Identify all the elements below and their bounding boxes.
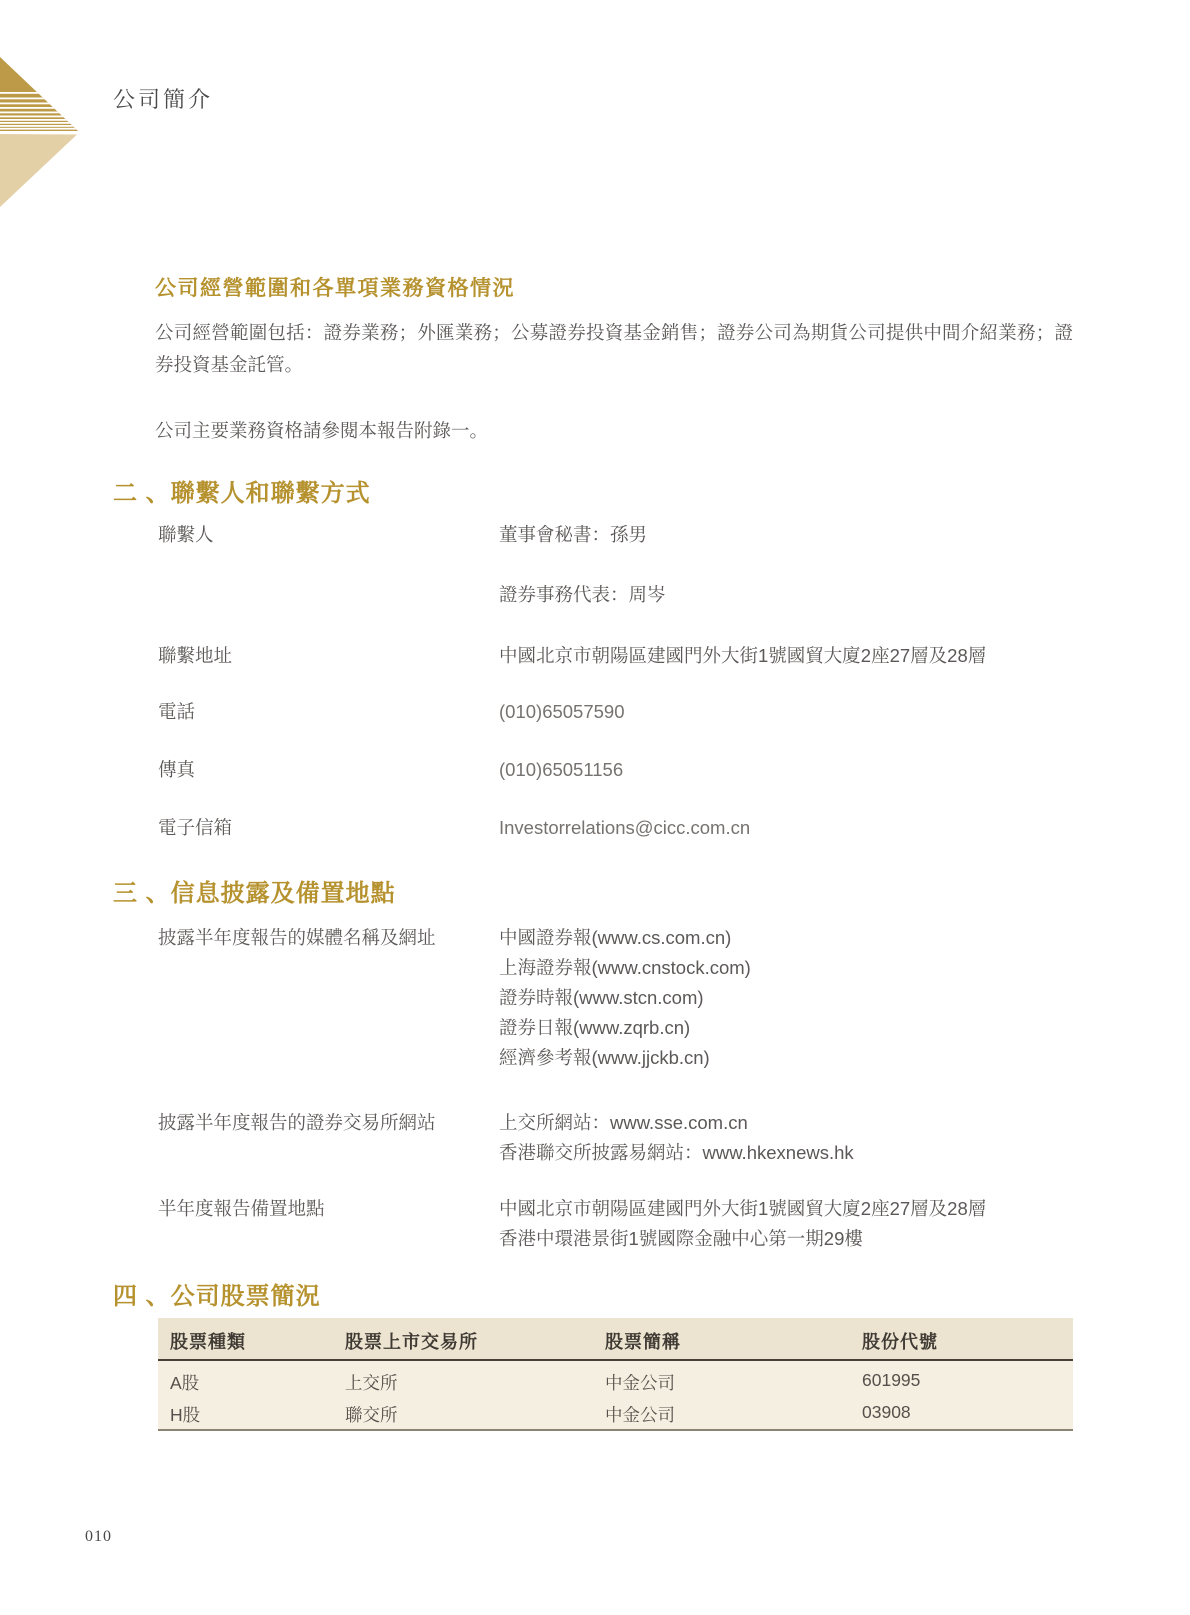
disclosure-exchange-site: 上交所網站：www.sse.com.cn bbox=[499, 1112, 748, 1133]
contact-row-label: 電話 bbox=[158, 701, 195, 722]
contact-row-label: 聯繫地址 bbox=[158, 645, 232, 666]
stock-table-header-cell: 股票種類 bbox=[170, 1328, 246, 1354]
stock-table-cell: 中金公司 bbox=[605, 1370, 675, 1395]
contact-row-value: 中國北京市朝陽區建國門外大街1號國貿大廈2座27層及28層 bbox=[499, 645, 986, 666]
contact-row-value: Investorrelations@cicc.com.cn bbox=[499, 817, 750, 838]
stock-table-header-cell: 股份代號 bbox=[862, 1328, 938, 1354]
intro-body-line-1: 公司經營範圍包括：證券業務；外匯業務；公募證券投資基金銷售；證券公司為期貨公司提… bbox=[155, 322, 1073, 343]
stock-table-cell: 聯交所 bbox=[345, 1402, 398, 1427]
stock-table-cell: 03908 bbox=[862, 1402, 911, 1423]
report-page: 公司簡介 公司經營範圍和各單項業務資格情況 公司經營範圍包括：證券業務；外匯業務… bbox=[0, 0, 1190, 1615]
intro-note: 公司主要業務資格請參閱本報告附錄一。 bbox=[155, 420, 488, 441]
contact-row-value: (010)65057590 bbox=[499, 701, 625, 722]
intro-body-line-2: 券投資基金託管。 bbox=[155, 354, 1073, 375]
report-location-line: 中國北京市朝陽區建國門外大街1號國貿大廈2座27層及28層 bbox=[499, 1198, 986, 1219]
stock-table-cell: 601995 bbox=[862, 1370, 920, 1391]
disclosure-media-item: 上海證券報(www.cnstock.com) bbox=[499, 957, 751, 978]
disclosure-media-item: 證券時報(www.stcn.com) bbox=[499, 987, 704, 1008]
contact-row-value: (010)65051156 bbox=[499, 759, 623, 780]
stock-table-cell: A股 bbox=[170, 1370, 199, 1395]
stock-table-cell: 上交所 bbox=[345, 1370, 398, 1395]
report-location-line: 香港中環港景街1號國際金融中心第一期29樓 bbox=[499, 1228, 863, 1249]
section-heading-disclosure: 三 、信息披露及備置地點 bbox=[113, 880, 396, 908]
disclosure-exchange-site: 香港聯交所披露易網站：www.hkexnews.hk bbox=[499, 1142, 854, 1163]
contact-row-label: 電子信箱 bbox=[158, 817, 232, 838]
disclosure-media-item: 經濟參考報(www.jjckb.cn) bbox=[499, 1047, 710, 1068]
contact-row-value: 董事會秘書：孫男 bbox=[499, 524, 647, 545]
disclosure-row-label: 半年度報告備置地點 bbox=[158, 1198, 325, 1219]
contact-row-label: 聯繫人 bbox=[158, 524, 214, 545]
stock-table-header-cell: 股票上市交易所 bbox=[345, 1328, 478, 1354]
stock-table-cell: H股 bbox=[170, 1402, 200, 1427]
page-number: 010 bbox=[85, 1528, 112, 1546]
page-title: 公司簡介 bbox=[113, 87, 213, 112]
section-heading-shares: 四 、公司股票簡況 bbox=[113, 1283, 321, 1311]
stock-table: 股票種類 股票上市交易所 股票簡稱 股份代號 A股 上交所 中金公司 60199… bbox=[158, 1318, 1073, 1431]
disclosure-media-item: 證券日報(www.zqrb.cn) bbox=[499, 1017, 690, 1038]
contact-row-label: 傳真 bbox=[158, 759, 195, 780]
stock-table-header-cell: 股票簡稱 bbox=[605, 1328, 681, 1354]
section-heading-contacts: 二 、聯繫人和聯繫方式 bbox=[113, 480, 371, 508]
contact-row-value: 證券事務代表：周岑 bbox=[499, 584, 666, 605]
deco-light-triangle bbox=[0, 134, 77, 207]
corner-triangle-decoration bbox=[0, 55, 80, 210]
disclosure-media-item: 中國證券報(www.cs.com.cn) bbox=[499, 927, 731, 948]
disclosure-row-label: 披露半年度報告的媒體名稱及網址 bbox=[158, 927, 436, 948]
intro-subtitle: 公司經營範圍和各單項業務資格情況 bbox=[155, 277, 515, 301]
disclosure-row-label: 披露半年度報告的證券交易所網站 bbox=[158, 1112, 436, 1133]
stock-table-cell: 中金公司 bbox=[605, 1402, 675, 1427]
